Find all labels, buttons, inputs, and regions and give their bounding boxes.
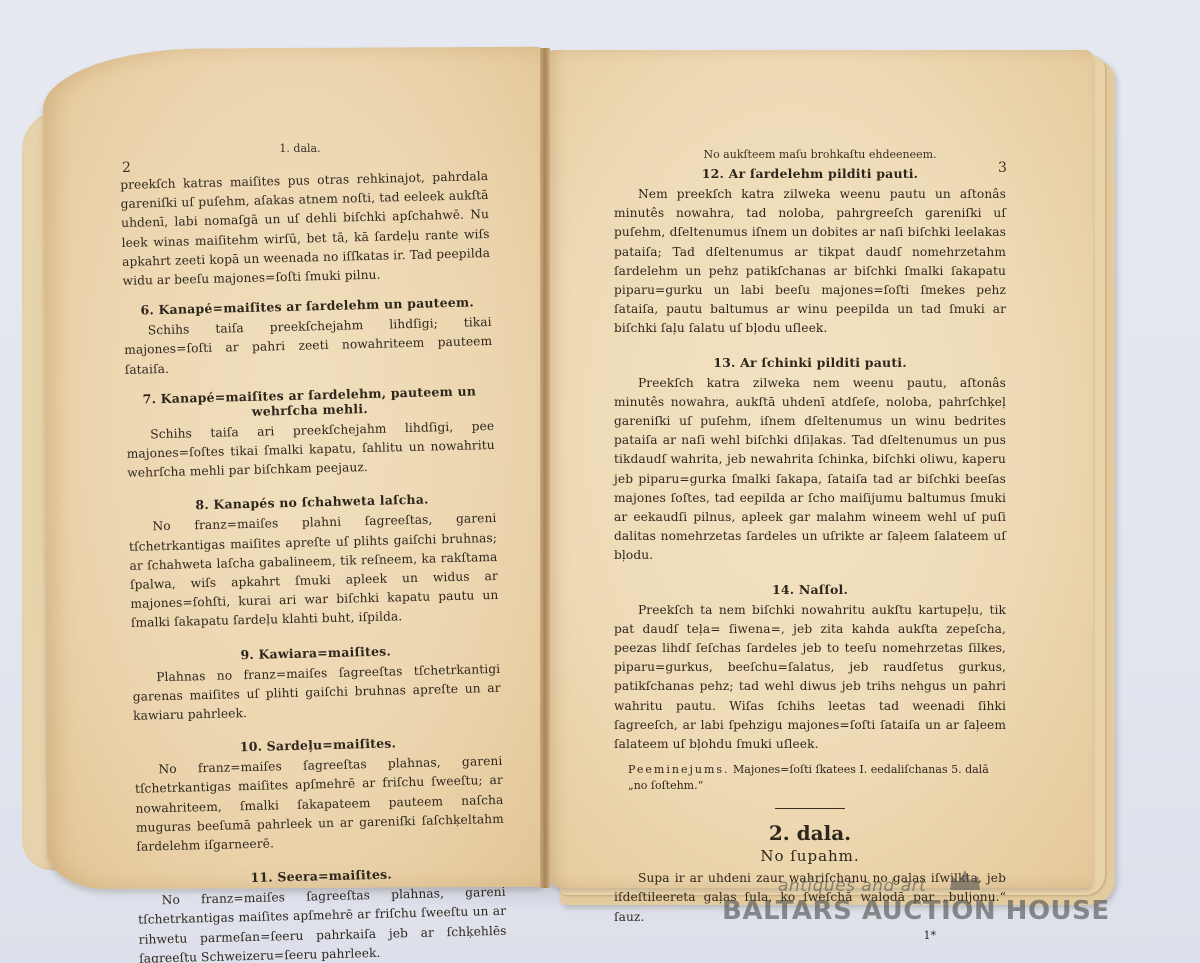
recipe-heading: 7. Kanapé=maiſites ar ſardelehm, pauteem…	[125, 383, 494, 422]
recipe-heading: 12. Ar ſardelehm pilditi pauti.	[614, 166, 1006, 181]
book-gutter	[540, 48, 550, 888]
recipe-text: Nem preekſch katra zilweka weenu pautu u…	[614, 185, 1006, 339]
left-running-head: 1. dala.	[240, 142, 360, 155]
signature-mark: 1*	[614, 929, 1006, 942]
left-page-number: 2	[122, 160, 131, 176]
recipe-text: Preekſch ta nem biſchki nowahritu aukſtu…	[614, 601, 1006, 755]
section-subtitle: No ſupahm.	[614, 847, 1006, 865]
recipe-text: Schihs taiſa preekſchejahm lihdſigi; tik…	[124, 313, 493, 380]
recipe-text: No franz=maiſes plahni ſagreeſtas, garen…	[128, 509, 499, 633]
section-title: 2. dala.	[614, 821, 1006, 845]
recipe-text: Preekſch katra zilweka nem weenu pautu, …	[614, 374, 1006, 566]
right-page-body: 12. Ar ſardelehm pilditi pauti. Nem pree…	[614, 160, 1006, 942]
recipe-text: Plahnas no franz=maiſes ſagreeſtas tſche…	[132, 660, 501, 727]
recipe-text: Schihs taiſa ari preekſchejahm lihdſigi,…	[126, 417, 495, 484]
recipe-text: No franz=maiſes ſagreeſtas plahnas, gare…	[138, 883, 508, 963]
watermark-name: BALTARS AUCTION HOUSE	[722, 896, 1110, 926]
intro-paragraph: preekſch katras maiſites pus otras rehki…	[120, 167, 491, 291]
watermark-tagline: antiques and art	[778, 876, 926, 896]
footnote-label: Peeminejums.	[628, 763, 730, 776]
recipe-heading: 14. Naſſol.	[614, 582, 1006, 597]
footnote: Peeminejums. Majones=ſoſti ſkatees I. ee…	[614, 762, 1006, 794]
recipe-heading: 13. Ar ſchinki pilditi pauti.	[614, 355, 1006, 370]
recipe-text: No franz=maiſes ſagreeſtas plahnas, gare…	[134, 752, 504, 857]
crown-icon	[948, 868, 982, 892]
section-divider	[775, 808, 845, 809]
left-page-body: preekſch katras maiſites pus otras rehki…	[120, 167, 507, 963]
